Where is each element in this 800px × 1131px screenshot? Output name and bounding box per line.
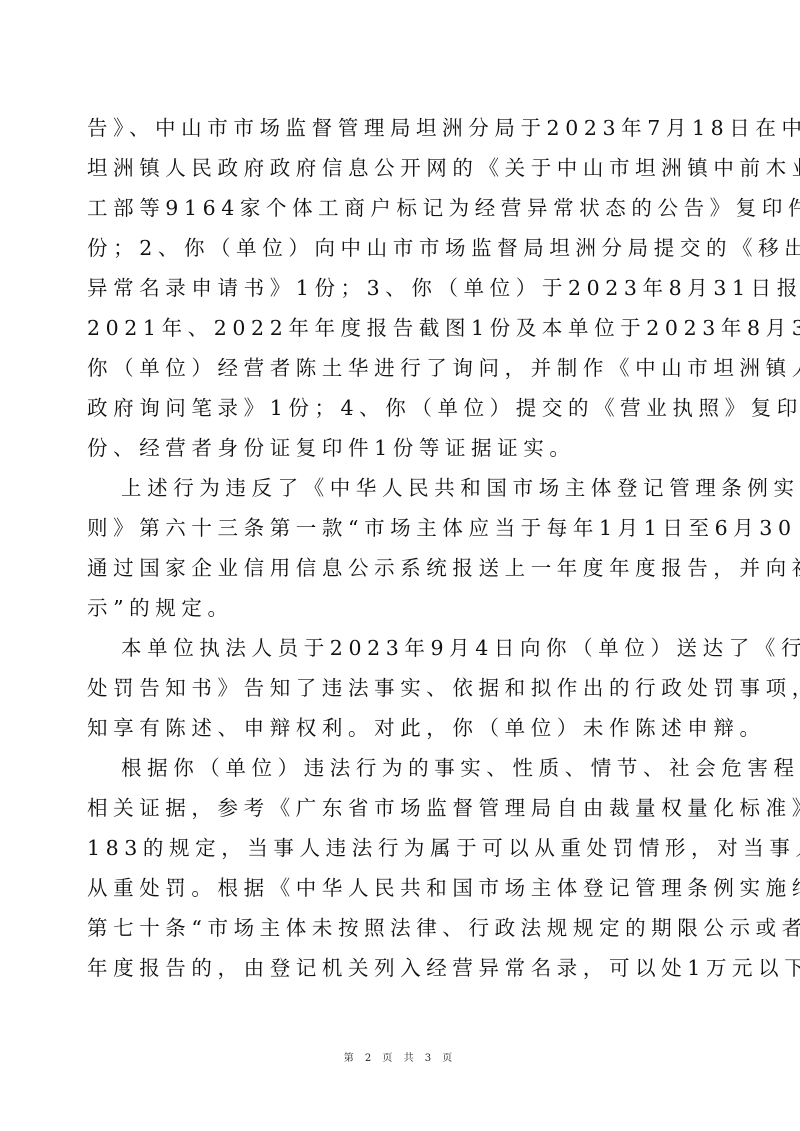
paragraph-start-line: 根据你（单位）违法行为的事实、性质、情节、社会危害程度和	[87, 748, 717, 788]
text-line: 第七十条“市场主体未按照法律、行政法规规定的期限公示或者报送	[87, 908, 717, 948]
text-line: 2021年、2022年年度报告截图1份及本单位于2023年8月31日对	[87, 308, 717, 348]
text-line: 通过国家企业信用信息公示系统报送上一年度年度报告，并向社会公	[87, 548, 717, 588]
text-line: 政府询问笔录》1份；4、你（单位）提交的《营业执照》复印件1	[87, 388, 717, 428]
text-line: 份；2、你（单位）向中山市市场监督局坦洲分局提交的《移出经营	[87, 228, 717, 268]
text-line: 处罚告知书》告知了违法事实、依据和拟作出的行政处罚事项，并告	[87, 668, 717, 708]
text-line: 则》第六十三条第一款“市场主体应当于每年1月1日至6月30日，	[87, 508, 717, 548]
text-line: 年度报告的，由登记机关列入经营异常名录，可以处1万元以下的罚	[87, 948, 717, 988]
text-line: 告》、中山市市场监督管理局坦洲分局于2023年7月18日在中山市	[87, 108, 717, 148]
text-line: 示”的规定。	[87, 588, 717, 628]
paragraph-start-line: 本单位执法人员于2023年9月4日向你（单位）送达了《行政	[87, 628, 717, 668]
document-page: 告》、中山市市场监督管理局坦洲分局于2023年7月18日在中山市 坦洲镇人民政府…	[0, 0, 800, 1131]
text-line: 183的规定，当事人违法行为属于可以从重处罚情形，对当事人予以	[87, 828, 717, 868]
text-line: 份、经营者身份证复印件1份等证据证实。	[87, 428, 717, 468]
text-line: 异常名录申请书》1份；3、你（单位）于2023年8月31日报送	[87, 268, 717, 308]
document-body: 告》、中山市市场监督管理局坦洲分局于2023年7月18日在中山市 坦洲镇人民政府…	[87, 108, 717, 988]
paragraph-start-line: 上述行为违反了《中华人民共和国市场主体登记管理条例实施细	[87, 468, 717, 508]
text-line: 坦洲镇人民政府政府信息公开网的《关于中山市坦洲镇中前木业加	[87, 148, 717, 188]
text-line: 知享有陈述、申辩权利。对此，你（单位）未作陈述申辩。	[87, 708, 717, 748]
text-line: 从重处罚。根据《中华人民共和国市场主体登记管理条例实施细则》	[87, 868, 717, 908]
text-line: 相关证据，参考《广东省市场监督管理局自由裁量权量化标准》序号	[87, 788, 717, 828]
text-line: 工部等9164家个体工商户标记为经营异常状态的公告》复印件各1	[87, 188, 717, 228]
text-line: 你（单位）经营者陈土华进行了询问，并制作《中山市坦洲镇人民	[87, 348, 717, 388]
page-number-footer: 第 2 页 共 3 页	[0, 1049, 800, 1064]
